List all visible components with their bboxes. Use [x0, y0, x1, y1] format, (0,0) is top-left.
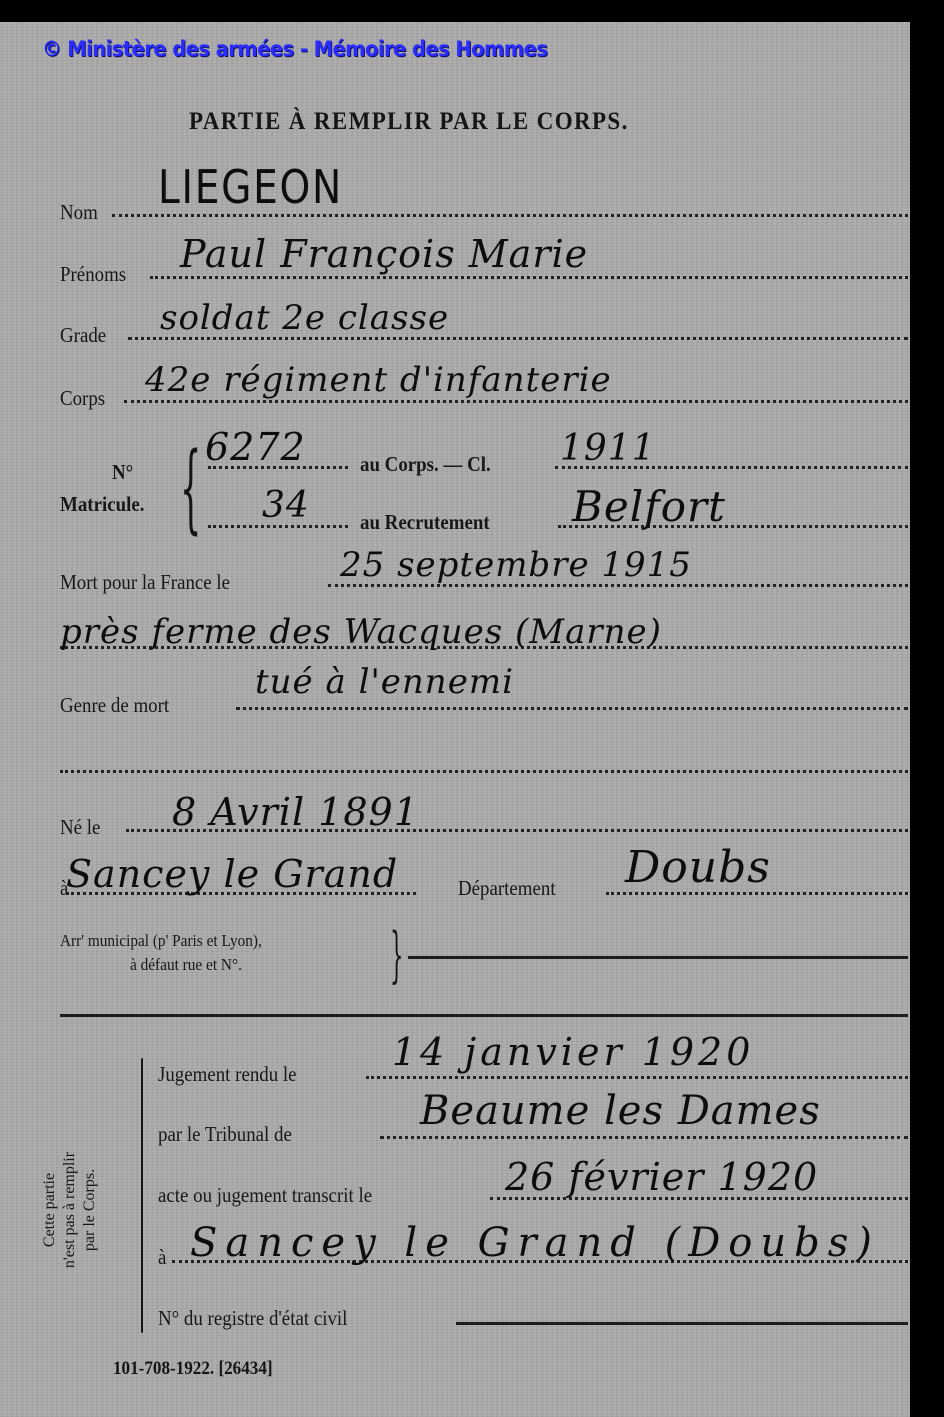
form-reference: 101-708-1922. [26434] — [113, 1358, 273, 1380]
matricule-label: Matricule. — [60, 492, 144, 517]
departement-value: Doubs — [625, 842, 771, 893]
ne-le-label: Né le — [60, 815, 100, 840]
arrondissement-brace: } — [390, 925, 403, 985]
nom-label: Nom — [60, 200, 98, 225]
jugement-brace — [141, 1058, 143, 1333]
side-note: Cette partie n'est pas à remplir par le … — [40, 1095, 150, 1345]
transcrit-value: 26 février 1920 — [505, 1155, 818, 1199]
jugement-rendu-label: Jugement rendu le — [158, 1062, 297, 1087]
tribunal-label: par le Tribunal de — [158, 1122, 292, 1147]
side-note-line-2: n'est pas à remplir — [60, 1095, 80, 1325]
genre-de-mort-line — [236, 707, 908, 710]
arrondissement-line — [408, 956, 908, 959]
section-divider — [60, 1014, 908, 1017]
prenoms-label: Prénoms — [60, 262, 126, 287]
mort-date-value: 25 septembre 1915 — [340, 545, 692, 585]
prenoms-line — [150, 276, 908, 279]
classe-value: 1911 — [560, 428, 656, 469]
transcrit-label: acte ou jugement transcrit le — [158, 1183, 372, 1208]
grade-value: soldat 2e classe — [160, 298, 449, 338]
blank-line — [60, 770, 908, 773]
corps-line — [124, 400, 908, 403]
nom-value: LIEGEON — [158, 160, 343, 214]
transcrit-lieu-label: à — [158, 1245, 166, 1270]
registre-line — [456, 1322, 908, 1325]
recrutement-value: Belfort — [572, 482, 726, 531]
corps-label: Corps — [60, 386, 105, 411]
departement-label: Département — [458, 876, 556, 901]
arrondissement-label-2: à défaut rue et N°. — [130, 955, 242, 975]
matricule-label-no: N° — [112, 460, 133, 485]
matricule-brace: { — [180, 440, 201, 536]
mort-label: Mort pour la France le — [60, 570, 230, 595]
jugement-rendu-line — [366, 1076, 908, 1079]
lieu-naissance-value: Sancey le Grand — [66, 852, 398, 896]
side-note-line-3: par le Corps. — [80, 1095, 100, 1325]
arrondissement-label-1: Arr' municipal (p' Paris et Lyon), — [60, 931, 262, 951]
mort-lieu-value: près ferme des Wacques (Marne) — [60, 612, 662, 652]
au-recrutement-label: au Recrutement — [360, 510, 490, 535]
tribunal-line — [380, 1136, 908, 1139]
tribunal-value: Beaume les Dames — [420, 1088, 821, 1134]
prenoms-value: Paul François Marie — [180, 232, 588, 276]
genre-de-mort-label: Genre de mort — [60, 693, 169, 718]
au-corps-label: au Corps. — Cl. — [360, 452, 491, 477]
nom-line — [112, 214, 908, 217]
matricule-corps-value: 6272 — [205, 425, 306, 469]
section-heading: PARTIE À REMPLIR PAR LE CORPS. — [189, 108, 629, 136]
registre-label: N° du registre d'état civil — [158, 1306, 347, 1331]
copyright-watermark: © Ministère des armées - Mémoire des Hom… — [42, 37, 547, 61]
grade-label: Grade — [60, 323, 106, 348]
transcrit-lieu-value: Sancey le Grand (Doubs) — [190, 1220, 880, 1266]
corps-value: 42e régiment d'infanterie — [145, 360, 612, 400]
jugement-rendu-value: 14 janvier 1920 — [392, 1030, 754, 1074]
matricule-recrutement-number: 34 — [262, 485, 310, 526]
ne-le-value: 8 Avril 1891 — [172, 790, 419, 834]
side-note-line-1: Cette partie — [40, 1095, 60, 1325]
genre-de-mort-value: tué à l'ennemi — [255, 662, 514, 702]
